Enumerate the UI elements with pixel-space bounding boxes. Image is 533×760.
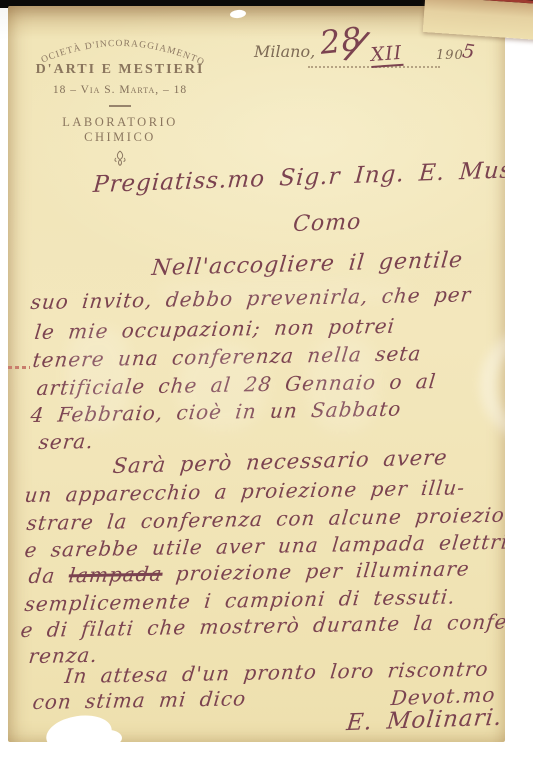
letterhead-department: LABORATORIO CHIMICO: [30, 115, 210, 145]
scanned-letter: SOCIETÀ D'INCORAGGIAMENTO D'ARTI E MESTI…: [0, 0, 533, 760]
letter-sheet: SOCIETÀ D'INCORAGGIAMENTO D'ARTI E MESTI…: [8, 6, 505, 742]
printed-year-prefix: 190: [436, 48, 464, 63]
closing-line: con stima mi dico: [31, 686, 247, 714]
handwritten-year-digit: 5: [461, 40, 477, 64]
closing-line: In attesa d'un pronto loro riscontro: [63, 657, 490, 688]
letterhead-divider: [109, 105, 131, 107]
struck-word: lampada: [68, 562, 164, 588]
paper-tear-notch: [230, 9, 247, 19]
watermark: [158, 278, 408, 304]
body-text: da: [27, 563, 70, 588]
red-edge-mark: [8, 366, 30, 369]
signature: E. Molinari.: [345, 705, 503, 737]
letterhead-address: 18 – Via S. Marta, – 18: [30, 84, 210, 96]
printed-city-label: Milano,: [254, 42, 315, 61]
handwritten-month: XII: [370, 42, 403, 68]
body-line: un apparecchio a proiezione per illu-: [23, 475, 466, 507]
watermark: [308, 336, 378, 432]
body-line: Nell'accogliere il gentile: [151, 248, 465, 281]
letterhead-org-name: D'ARTI E MESTIERI: [30, 62, 210, 78]
body-text: proiezione per illuminare: [161, 556, 471, 585]
watermark: [66, 328, 130, 428]
body-line-with-correction: da lampada proiezione per illuminare: [27, 556, 471, 588]
watermark: [178, 344, 266, 430]
body-line: sera.: [37, 429, 94, 454]
fleuron-ornament-icon: [30, 149, 210, 171]
torn-bottom-edge: [96, 730, 122, 746]
letterhead: SOCIETÀ D'INCORAGGIAMENTO D'ARTI E MESTI…: [30, 26, 210, 171]
recipient-city: Como: [292, 210, 362, 237]
body-line: Sarà però necessario avere: [112, 445, 449, 478]
watermark: [480, 326, 505, 444]
